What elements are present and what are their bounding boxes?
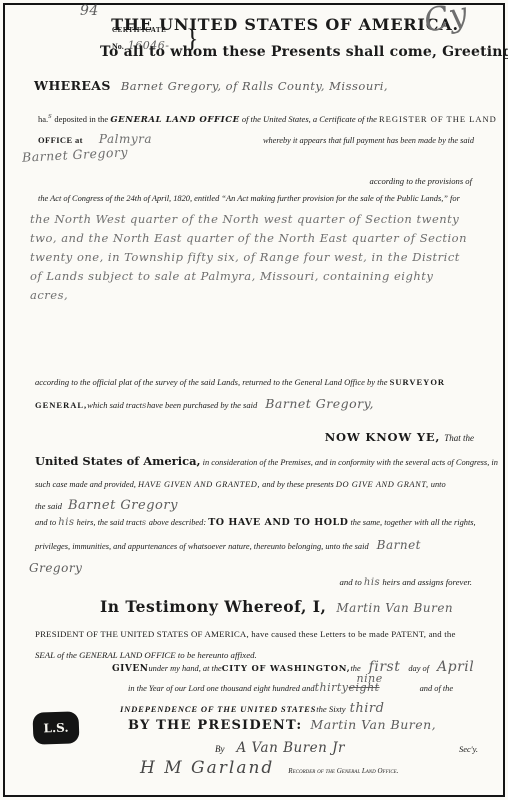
payer-name-handwritten: Barnet Gregory bbox=[22, 144, 129, 165]
office-at-label: OFFICE at bbox=[38, 135, 83, 145]
forever-line: and to his heirs and assigns forever. bbox=[339, 577, 472, 588]
habendum-block: and to his heirs, the said tracts above … bbox=[35, 511, 478, 578]
general-land-office-label: GENERAL LAND OFFICE bbox=[110, 115, 239, 125]
do-give-grant: DO GIVE AND GRANT, bbox=[336, 480, 429, 489]
seal-text: L.S. bbox=[43, 721, 69, 736]
habendum-l2: privileges, immunities, and appurtenance… bbox=[35, 536, 369, 558]
survey-line-2: GENERAL, which said tracts have been pur… bbox=[35, 393, 478, 417]
grantee-name-handwritten: Barnet Gregory, of Ralls County, Missour… bbox=[121, 79, 388, 93]
have-given-granted: HAVE GIVEN AND GRANTED, bbox=[138, 480, 260, 489]
now-know-ye-label: NOW KNOW YE, bbox=[325, 430, 440, 444]
by-president-line: BY THE PRESIDENT: Martin Van Buren, bbox=[128, 717, 436, 733]
act-of-congress-line: the Act of Congress of the 24th of April… bbox=[38, 194, 478, 203]
surveyor-general-label: GENERAL, bbox=[35, 395, 87, 416]
year-tens-handwritten: thirty bbox=[315, 681, 349, 694]
given-line-3: INDEPENDENCE OF THE UNITED STATES the Si… bbox=[120, 701, 384, 716]
secretary-signature: A Van Buren Jr bbox=[237, 740, 346, 756]
grantee-last-handwritten: Gregory bbox=[29, 558, 478, 578]
city-of-washington-label: CITY OF WASHINGTON, bbox=[222, 663, 351, 673]
year-corrected-handwritten: nine bbox=[357, 672, 383, 685]
land-description-line: acres, bbox=[30, 286, 480, 305]
president-line: PRESIDENT OF THE UNITED STATES OF AMERIC… bbox=[35, 624, 478, 645]
register-label: REGISTER OF THE LAND bbox=[379, 114, 497, 124]
habendum-l1c: the same, together with all the rights, bbox=[348, 518, 475, 527]
recorder-signature: H M Garland bbox=[140, 758, 274, 778]
survey-p2: which said tract bbox=[87, 395, 142, 416]
given-g1: under my hand, at the bbox=[148, 664, 221, 673]
land-description-line: two, and the North East quarter of the N… bbox=[30, 229, 480, 248]
office-row: OFFICE at Palmyra whereby it appears tha… bbox=[38, 132, 474, 146]
land-description-block: the North West quarter of the North west… bbox=[30, 210, 480, 305]
survey-p1: according to the official plat of the su… bbox=[35, 377, 390, 387]
forever-text: heirs and assigns forever. bbox=[380, 577, 472, 587]
president-name-handwritten: Martin Van Buren bbox=[336, 601, 453, 615]
whereas-label: WHEREAS bbox=[34, 78, 111, 93]
habendum-l1b: above described: bbox=[147, 518, 209, 527]
month-handwritten: April bbox=[437, 659, 474, 675]
habendum-line-1: and to his heirs, the said tracts above … bbox=[35, 511, 478, 534]
his-handwritten-2: his bbox=[364, 577, 380, 588]
provisions-text: according to the provisions of bbox=[370, 176, 472, 186]
independence-label: INDEPENDENCE OF THE UNITED STATES bbox=[120, 704, 316, 714]
secy-label: Sec'y. bbox=[459, 744, 478, 754]
habendum-line-2: privileges, immunities, and appurtenance… bbox=[35, 534, 478, 558]
grantee-first-handwritten: Barnet bbox=[377, 534, 421, 556]
grant-block: United States of America, in considerati… bbox=[35, 450, 478, 516]
now-know-ye-line: NOW KNOW YE, That the bbox=[325, 428, 474, 446]
secretary-line: By A Van Buren Jr Sec'y. bbox=[215, 740, 478, 756]
given-g3: day of bbox=[408, 664, 429, 673]
purchaser-name-handwritten: Barnet Gregory, bbox=[265, 393, 374, 414]
to-have-and-to-hold: TO HAVE AND TO HOLD bbox=[208, 517, 348, 528]
recorder-line: H M Garland Recorder of the General Land… bbox=[140, 758, 478, 778]
president-signature: Martin Van Buren, bbox=[310, 717, 436, 732]
and-to-text: and to bbox=[35, 518, 58, 527]
land-patent-document: 94 CERTIFICATE No. 16046- } THE UNITED S… bbox=[0, 0, 508, 800]
grant-l2b: and by these presents bbox=[260, 480, 336, 489]
in-testimony-whereof-label: In Testimony Whereof, I, bbox=[100, 597, 326, 616]
land-description-line: twenty one, in Township fifty six, of Ra… bbox=[30, 248, 480, 267]
and-to-text-2: and to bbox=[339, 577, 363, 587]
by-label: By bbox=[215, 744, 225, 754]
usa-bold-label: United States of America, bbox=[35, 454, 201, 468]
testimony-heading: In Testimony Whereof, I, Martin Van Bure… bbox=[100, 597, 453, 616]
given-line-2: in the Year of our Lord one thousand eig… bbox=[128, 681, 453, 694]
given-y1: in the Year of our Lord one thousand eig… bbox=[128, 684, 315, 693]
land-description-line: of Lands subject to sale at Palmyra, Mis… bbox=[30, 267, 480, 286]
deposit-p2: of the United States, a Certificate of t… bbox=[240, 114, 379, 124]
salutation: To all to whom these Presents shall come… bbox=[100, 44, 480, 60]
clerk-flourish: Cy bbox=[421, 0, 472, 40]
his-handwritten: his bbox=[58, 517, 74, 528]
that-the-text: That the bbox=[444, 433, 474, 443]
given-y2: and of the bbox=[420, 684, 454, 693]
survey-line-1: according to the official plat of the su… bbox=[35, 372, 478, 393]
grant-l2a: such case made and provided, bbox=[35, 480, 138, 489]
whereas-line: WHEREAS Barnet Gregory, of Ralls County,… bbox=[34, 78, 388, 93]
year-correction: nineeight bbox=[349, 681, 380, 694]
whereby-text: whereby it appears that full payment has… bbox=[263, 136, 474, 145]
by-the-president-label: BY THE PRESIDENT: bbox=[128, 718, 302, 733]
grant-line-2: such case made and provided, HAVE GIVEN … bbox=[35, 474, 478, 496]
recorder-label: Recorder of the General Land Office. bbox=[288, 767, 398, 775]
given-word: GIVEN bbox=[112, 664, 148, 674]
has-printed: ha. bbox=[38, 114, 48, 124]
deposit-p1: deposited in the bbox=[52, 114, 110, 124]
given-line-1: GIVEN under my hand, at the CITY OF WASH… bbox=[112, 659, 474, 675]
document-title: THE UNITED STATES OF AMERICA. bbox=[95, 15, 475, 34]
grant-l1: in consideration of the Premises, and in… bbox=[201, 458, 498, 467]
surveyor-label: SURVEYOR bbox=[390, 377, 445, 387]
survey-p3: have been purchased by the said bbox=[147, 395, 257, 416]
ls-seal: L.S. bbox=[32, 711, 79, 745]
survey-block: according to the official plat of the su… bbox=[35, 372, 478, 417]
ordinal-handwritten: third bbox=[350, 701, 385, 716]
sixty-text: the Sixty bbox=[316, 704, 345, 714]
deposit-line: ha.s deposited in the GENERAL LAND OFFIC… bbox=[38, 112, 478, 125]
land-description-line: the North West quarter of the North west… bbox=[30, 210, 480, 229]
grant-l2c: unto bbox=[429, 480, 446, 489]
grant-line-1: United States of America, in considerati… bbox=[35, 450, 478, 474]
habendum-l1a: heirs, the said tract bbox=[75, 518, 142, 527]
